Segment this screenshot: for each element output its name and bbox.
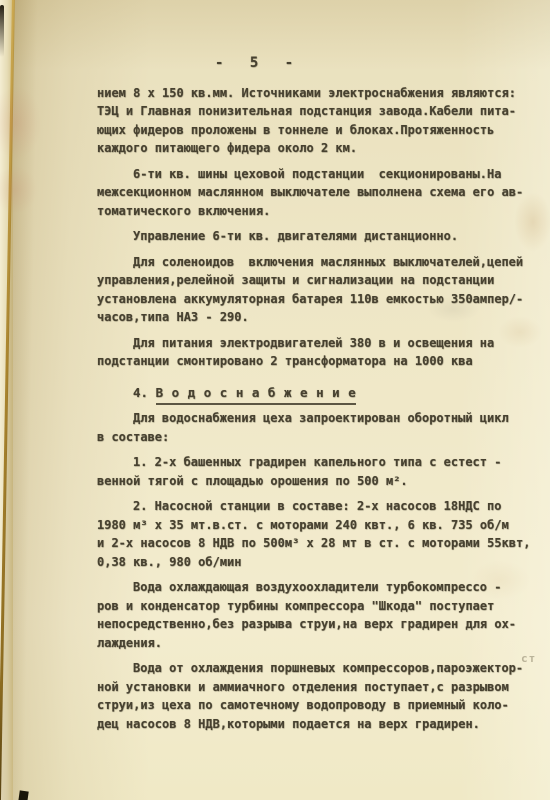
document-page: { "colors":{ "paper":"#f0e8c9", "ink":"#…	[0, 0, 550, 800]
text-line: Для питания электродвигателей 380 в и ос…	[97, 334, 533, 353]
text-blocks: нием 8 х 150 кв.мм. Источниками электрос…	[97, 84, 533, 734]
section-number: 4.	[133, 385, 156, 400]
text-line: ющих фидеров проложены в тоннеле и блока…	[97, 121, 533, 140]
text-line: в составе:	[97, 428, 533, 447]
para-electro-supply: нием 8 х 150 кв.мм. Источниками электрос…	[97, 84, 533, 158]
text-line: ТЭЦ и Главная понизительная подстанция з…	[97, 102, 533, 121]
text-line: лаждения.	[97, 634, 533, 653]
text-line: межсекционном маслянном выключателе выпо…	[97, 183, 533, 202]
text-line: томатического включения.	[97, 202, 533, 221]
text-line: Управление 6-ти кв. двигателями дистанци…	[97, 227, 533, 246]
binding-corner-mark	[18, 790, 28, 800]
text-line: непосредственно,без разрыва струи,на вер…	[97, 615, 533, 634]
text-line: Для водоснабжения цеха запроектирован об…	[97, 409, 533, 428]
text-line: венной тягой с площадью орошения по 500 …	[97, 472, 533, 491]
binding-shadow-top	[0, 5, 4, 57]
text-line: 0,38 кв., 980 об/мин	[97, 553, 533, 572]
para-water-intro: Для водоснабжения цеха запроектирован об…	[97, 409, 533, 446]
text-line: и 2-х насосов 8 НДВ по 500м³ х 28 мт в с…	[97, 534, 533, 553]
text-line: ров и конденсатор турбины компрессора "Ш…	[97, 597, 533, 616]
text-line: дец насосов 8 НДВ,которыми подается на в…	[97, 715, 533, 734]
text-line: 1980 м³ х 35 мт.в.ст. с моторами 240 квт…	[97, 516, 533, 535]
text-line: струи,из цеха по самотечному водопроводу…	[97, 696, 533, 715]
item-cooling-towers: 1. 2-х башенных градирен капельного типа…	[97, 453, 533, 490]
para-piston-cooling-water: Вода от охлаждения поршневых компрессоро…	[97, 659, 533, 733]
text-line: установлена аккумуляторная батарея 110в …	[97, 290, 533, 309]
text-line: подстанции смонтировано 2 трансформатора…	[97, 352, 533, 371]
para-battery: Для соленоидов включения маслянных выклю…	[97, 253, 533, 327]
text-line: нием 8 х 150 кв.мм. Источниками электрос…	[97, 84, 533, 103]
page-number: - 5 -	[215, 54, 533, 73]
para-busbars: 6-ти кв. шины цеховой подстанции секцион…	[97, 165, 533, 221]
text-line: 1. 2-х башенных градирен капельного типа…	[97, 453, 533, 472]
text-line: каждого питающего фидера около 2 км.	[97, 139, 533, 158]
text-line: Для соленоидов включения маслянных выклю…	[97, 253, 533, 272]
text-line: Вода от охлаждения поршневых компрессоро…	[97, 659, 533, 678]
para-remote-control: Управление 6-ти кв. двигателями дистанци…	[97, 227, 533, 246]
text-line: 2. Насосной станции в составе: 2-х насос…	[97, 497, 533, 516]
text-line: часов,типа НАЗ - 290.	[97, 308, 533, 327]
item-pump-station: 2. Насосной станции в составе: 2-х насос…	[97, 497, 533, 571]
text-line: 6-ти кв. шины цеховой подстанции секцион…	[97, 165, 533, 184]
typewritten-content: - 5 - нием 8 х 150 кв.мм. Источниками эл…	[97, 54, 533, 733]
text-line: управления,релейной защиты и сигнализаци…	[97, 271, 533, 290]
section-title: В о д о с н а б ж е н и е	[156, 385, 357, 405]
text-line: Вода охлаждающая воздухоохладители турбо…	[97, 578, 533, 597]
para-transformers: Для питания электродвигателей 380 в и ос…	[97, 334, 533, 371]
text-line: ной установки и аммиачного отделения пос…	[97, 678, 533, 697]
heading-water-supply: 4. В о д о с н а б ж е н и е	[133, 384, 533, 403]
para-turbo-cooling-water: Вода охлаждающая воздухоохладители турбо…	[97, 578, 533, 652]
